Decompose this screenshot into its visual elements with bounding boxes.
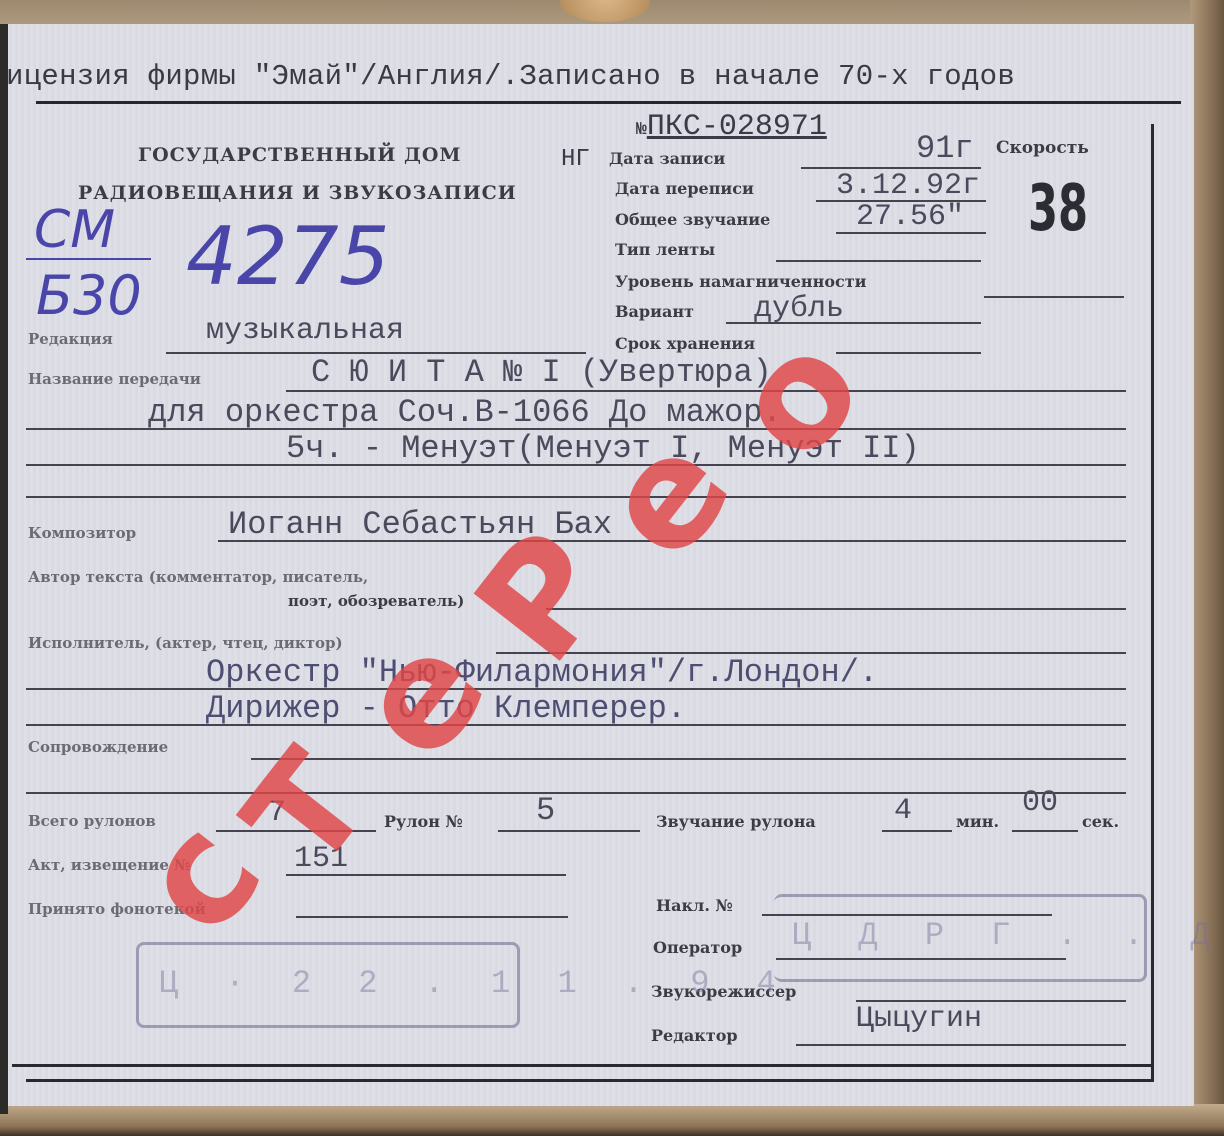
reel-minutes-line <box>882 830 952 832</box>
wood-background-bottom <box>0 1104 1224 1136</box>
reel-seconds-line <box>1012 830 1078 832</box>
title-line-4 <box>26 496 1126 498</box>
purple-stamp-right: Ц Д Р Г . . Д 4 <box>774 894 1147 982</box>
accompaniment-line <box>251 758 1126 760</box>
total-reels-line <box>216 830 376 832</box>
accepted-label: Принято фонотекой <box>28 900 206 918</box>
handwritten-code-bottom: Б30 <box>36 264 142 327</box>
speed-label: Скорость <box>996 138 1089 158</box>
performer-line-3 <box>26 724 1126 726</box>
reel-minutes-value: 4 <box>894 794 912 828</box>
composer-value: Иоганн Себастьян Бах <box>228 506 612 543</box>
reel-number-line <box>498 830 640 832</box>
purple-stamp-right-text: Ц Д Р Г . . Д 4 <box>792 917 1224 954</box>
total-duration-label: Общее звучание <box>615 210 770 229</box>
text-author-label-1: Автор текста (комментатор, писатель, <box>28 568 368 586</box>
organization-line2: РАДИОВЕЩАНИЯ И ЗВУКОЗАПИСИ <box>78 182 517 204</box>
reel-seconds-label: сек. <box>1082 812 1119 831</box>
catalog-number-value: ПКС-028971 <box>647 110 827 144</box>
performer-label: Исполнитель, (актер, чтец, диктор) <box>28 634 343 652</box>
handwritten-code-top: СМ <box>34 200 115 260</box>
header-note: ицензия фирмы "Эмай"/Англия/.Записано в … <box>6 60 1194 93</box>
magnetization-line <box>984 296 1124 298</box>
tape-type-label: Тип ленты <box>615 240 715 259</box>
total-reels-value: 7 <box>268 796 286 830</box>
accompaniment-label: Сопровождение <box>28 738 168 756</box>
total-duration-value: 27.56" <box>856 200 964 234</box>
rerecording-date-label: Дата переписи <box>615 179 754 198</box>
variant-value: дубль <box>754 292 844 326</box>
operator-label: Оператор <box>653 938 742 957</box>
title-value-line-3: 5ч. - Менуэт(Менуэт I, Менуэт II) <box>286 430 920 467</box>
text-author-label-2: поэт, обозреватель) <box>288 592 464 610</box>
title-value-line-2: для оркестра Соч.В-1066 До мажор. <box>148 394 782 431</box>
text-author-line <box>546 608 1126 610</box>
recording-date-label: Дата записи <box>609 149 725 168</box>
editor-label: Редактор <box>651 1026 738 1045</box>
reel-minutes-label: мин. <box>956 812 999 831</box>
reel-number-value: 5 <box>536 792 555 829</box>
editorial-value: музыкальная <box>206 314 404 348</box>
reel-seconds-value: 00 <box>1022 786 1058 820</box>
purple-stamp-left: Ц · 2 2 . 1 1 . 9 4 <box>136 942 520 1028</box>
title-value-line-1: С Ю И Т А № I (Увертюра) <box>311 354 772 391</box>
catalog-number: №ПКС-028971 <box>636 110 827 144</box>
storage-line <box>836 352 981 354</box>
bottom-divider <box>12 1064 1152 1067</box>
header-divider <box>36 101 1181 104</box>
editor-line <box>796 1044 1126 1046</box>
recording-date-value: 91г <box>916 130 974 167</box>
title-label: Название передачи <box>28 370 201 388</box>
handwritten-fraction-line <box>26 258 151 260</box>
accepted-line <box>296 916 568 918</box>
handwritten-number: 4275 <box>186 210 390 303</box>
purple-stamp-left-text: Ц · 2 2 . 1 1 . 9 4 <box>159 965 790 1002</box>
reel-duration-label: Звучание рулона <box>656 812 816 831</box>
number-sign: № <box>636 120 647 140</box>
storage-label: Срок хранения <box>615 334 755 353</box>
magnetization-label: Уровень намагниченности <box>615 272 867 291</box>
wood-background-right <box>1190 0 1224 1136</box>
ng-mark: НГ <box>561 146 590 173</box>
card-left-shadow <box>0 24 8 1114</box>
organization-line1: ГОСУДАРСТВЕННЫЙ ДОМ <box>138 144 461 166</box>
separator-line <box>26 792 1126 794</box>
editorial-label: Редакция <box>28 330 113 348</box>
composer-label: Композитор <box>28 524 136 542</box>
act-notice-label: Акт, извещение № <box>28 856 190 874</box>
index-card: ицензия фирмы "Эмай"/Англия/.Записано в … <box>6 24 1194 1106</box>
performer-value-line-1: Оркестр "Нью-Филармония"/г.Лондон/. <box>206 654 878 691</box>
invoice-label: Накл. № <box>656 896 733 915</box>
tape-type-line <box>776 260 981 262</box>
reel-number-label: Рулон № <box>384 812 463 831</box>
act-notice-value: 151 <box>294 842 348 876</box>
rerecording-date-value: 3.12.92г <box>836 169 980 203</box>
speed-value: 38 <box>1028 172 1088 246</box>
editor-value: Цыцугин <box>856 1002 982 1036</box>
performer-value-line-2: Дирижер - Отто Клемперер. <box>206 690 686 727</box>
variant-label: Вариант <box>615 302 694 321</box>
total-reels-label: Всего рулонов <box>28 812 156 830</box>
